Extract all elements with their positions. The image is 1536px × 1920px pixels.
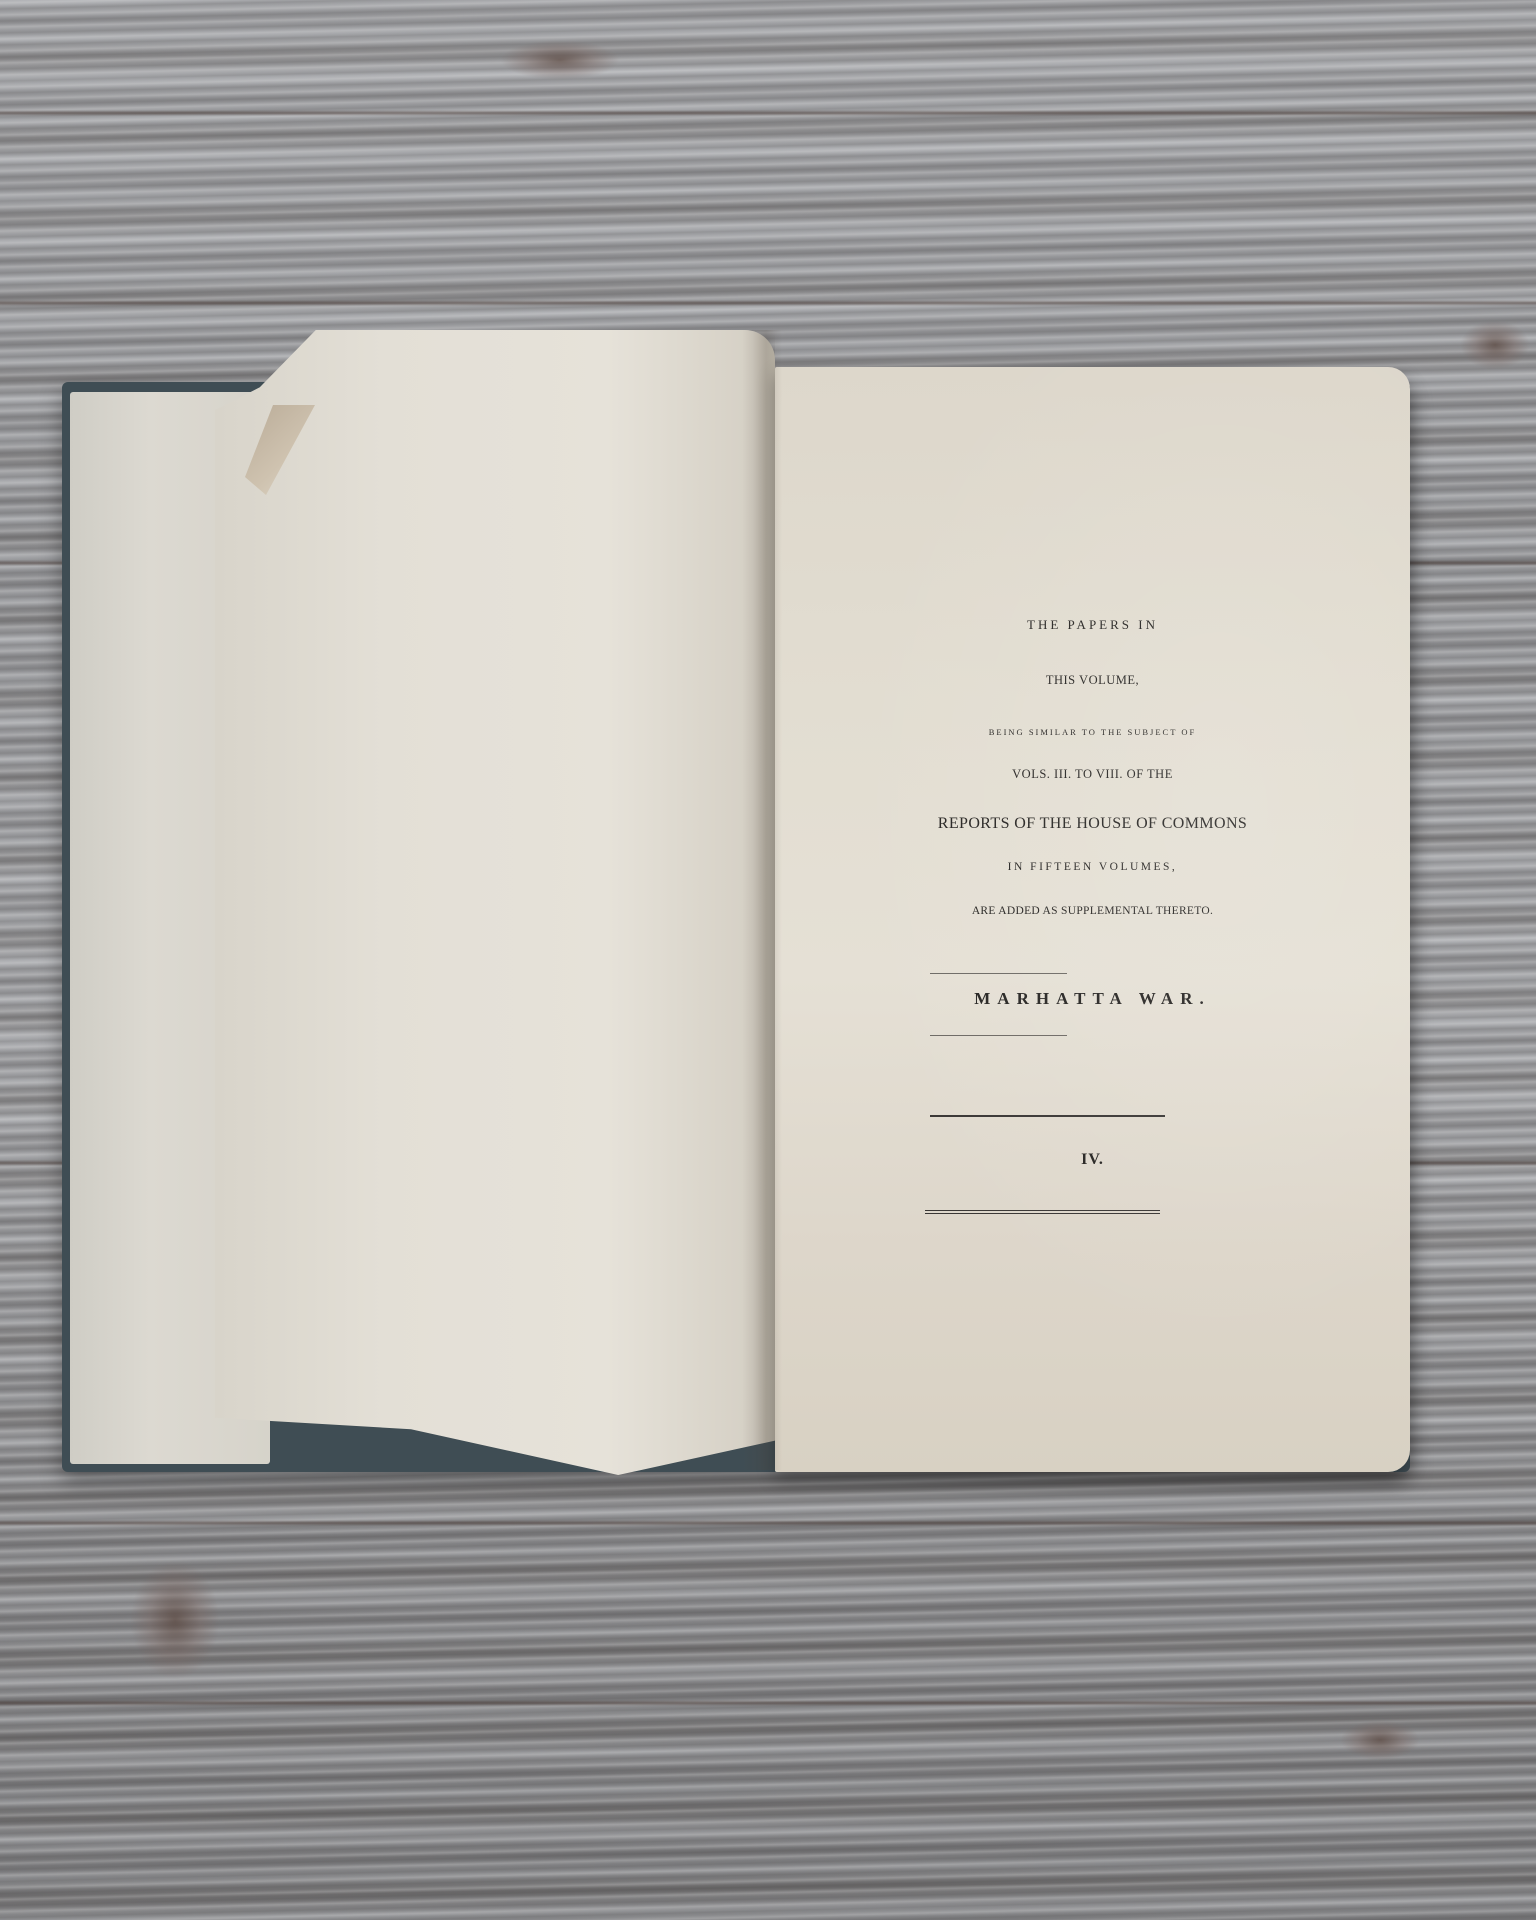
blank-flyleaf-page[interactable]	[215, 330, 775, 1475]
divider-rule-thick	[930, 1115, 1165, 1117]
title-line-similar: BEING SIMILAR TO THE SUBJECT OF	[775, 727, 1410, 737]
book-title: MARHATTA WAR.	[775, 989, 1410, 1009]
title-line-supplemental: ARE ADDED AS SUPPLEMENTAL THERETO.	[775, 905, 1410, 917]
title-line-volume: THIS VOLUME,	[775, 673, 1410, 688]
title-page[interactable]: THE PAPERS IN THIS VOLUME, BEING SIMILAR…	[775, 367, 1410, 1472]
divider-rule	[930, 973, 1067, 974]
title-line-vols: VOLS. III. TO VIII. OF THE	[775, 767, 1410, 782]
divider-rule	[930, 1035, 1067, 1036]
divider-rule-double	[925, 1210, 1160, 1211]
divider-rule-double	[925, 1213, 1160, 1214]
title-line-papers: THE PAPERS IN	[775, 617, 1410, 633]
open-book: THE PAPERS IN THIS VOLUME, BEING SIMILAR…	[0, 0, 1536, 1920]
volume-number: IV.	[775, 1151, 1410, 1169]
title-line-reports: REPORTS OF THE HOUSE OF COMMONS	[775, 815, 1410, 833]
title-line-fifteen: IN FIFTEEN VOLUMES,	[775, 861, 1410, 873]
book-gutter	[742, 330, 782, 1470]
